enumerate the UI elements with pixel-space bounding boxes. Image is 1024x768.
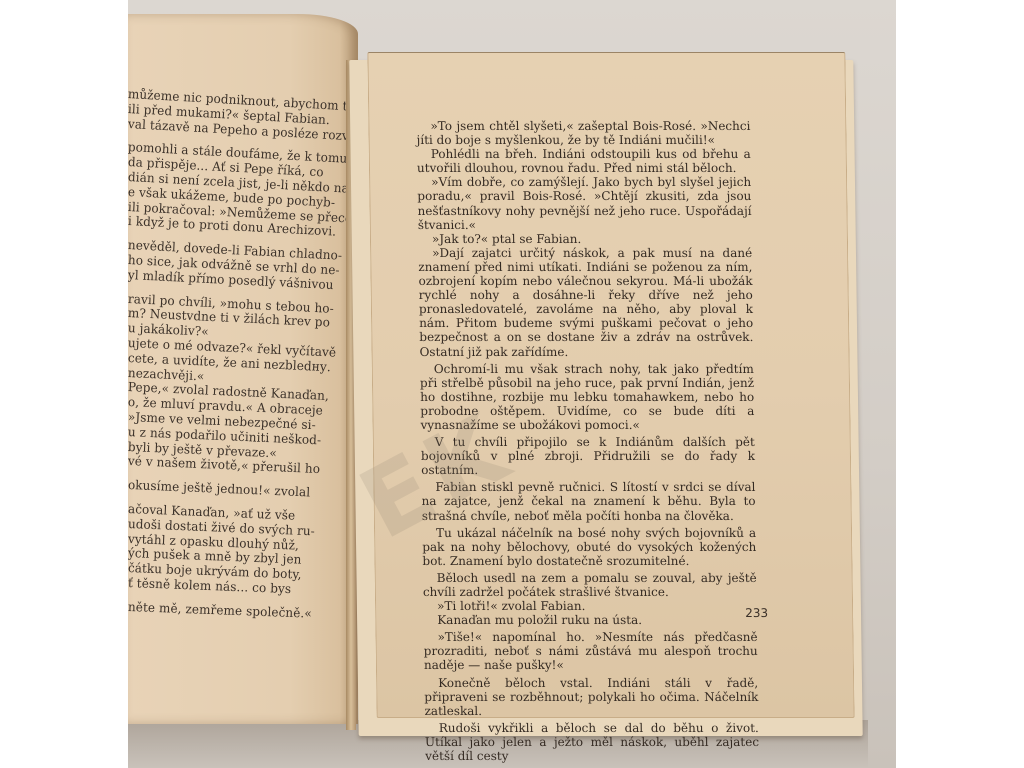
paragraph: »Jak to?« ptal se Fabian. (418, 232, 752, 246)
paragraph: »Ti lotři!« zvolal Fabian. (423, 599, 757, 613)
right-page-text: »To jsem chtěl slyšeti,« zašeptal Bois-R… (416, 119, 759, 763)
paragraph: Rudoši vykřikli a běloch se dal do běhu … (425, 721, 760, 763)
text-line: něte mě, zemřeme společně.« (128, 599, 312, 621)
right-page: »To jsem chtěl slyšeti,« zašeptal Bois-R… (367, 52, 854, 718)
paragraph: V tu chvíli připojilo se k Indiánům dalš… (421, 435, 756, 477)
text-line: okusíme ještě jednou!« zvolal (128, 477, 310, 499)
paragraph: Pohlédli na břeh. Indiáni odstoupili kus… (417, 147, 751, 175)
text-line: vé v našem životě,« přerušil ho (128, 453, 320, 476)
paragraph: Kanaďan mu položil ruku na ústa. (423, 613, 757, 627)
paragraph: »Dají zajatci určitý náskok, a pak musí … (418, 246, 754, 359)
paragraph: »To jsem chtěl slyšeti,« zašeptal Bois-R… (416, 119, 750, 147)
paragraph: »Vím dobře, co zamýšlejí. Jako bych byl … (417, 175, 752, 231)
paragraph: Tu ukázal náčelník na bosé nohy svých bo… (422, 526, 757, 568)
left-page: můžeme nic podniknout, abychom tohoili p… (128, 14, 358, 724)
page-number: 233 (745, 606, 768, 620)
paragraph: »Tiše!« napomínal ho. »Nesmíte nás předč… (423, 630, 758, 672)
paragraph: Běloch usedl na zem a pomalu se zouval, … (423, 571, 757, 599)
paragraph: Konečně běloch vstal. Indiáni stáli v řa… (424, 676, 759, 718)
paragraph: Ochromí-li mu však strach nohy, tak jako… (420, 362, 755, 432)
paragraph: Fabian stiskl pevně ručnici. S lítostí v… (421, 480, 756, 522)
